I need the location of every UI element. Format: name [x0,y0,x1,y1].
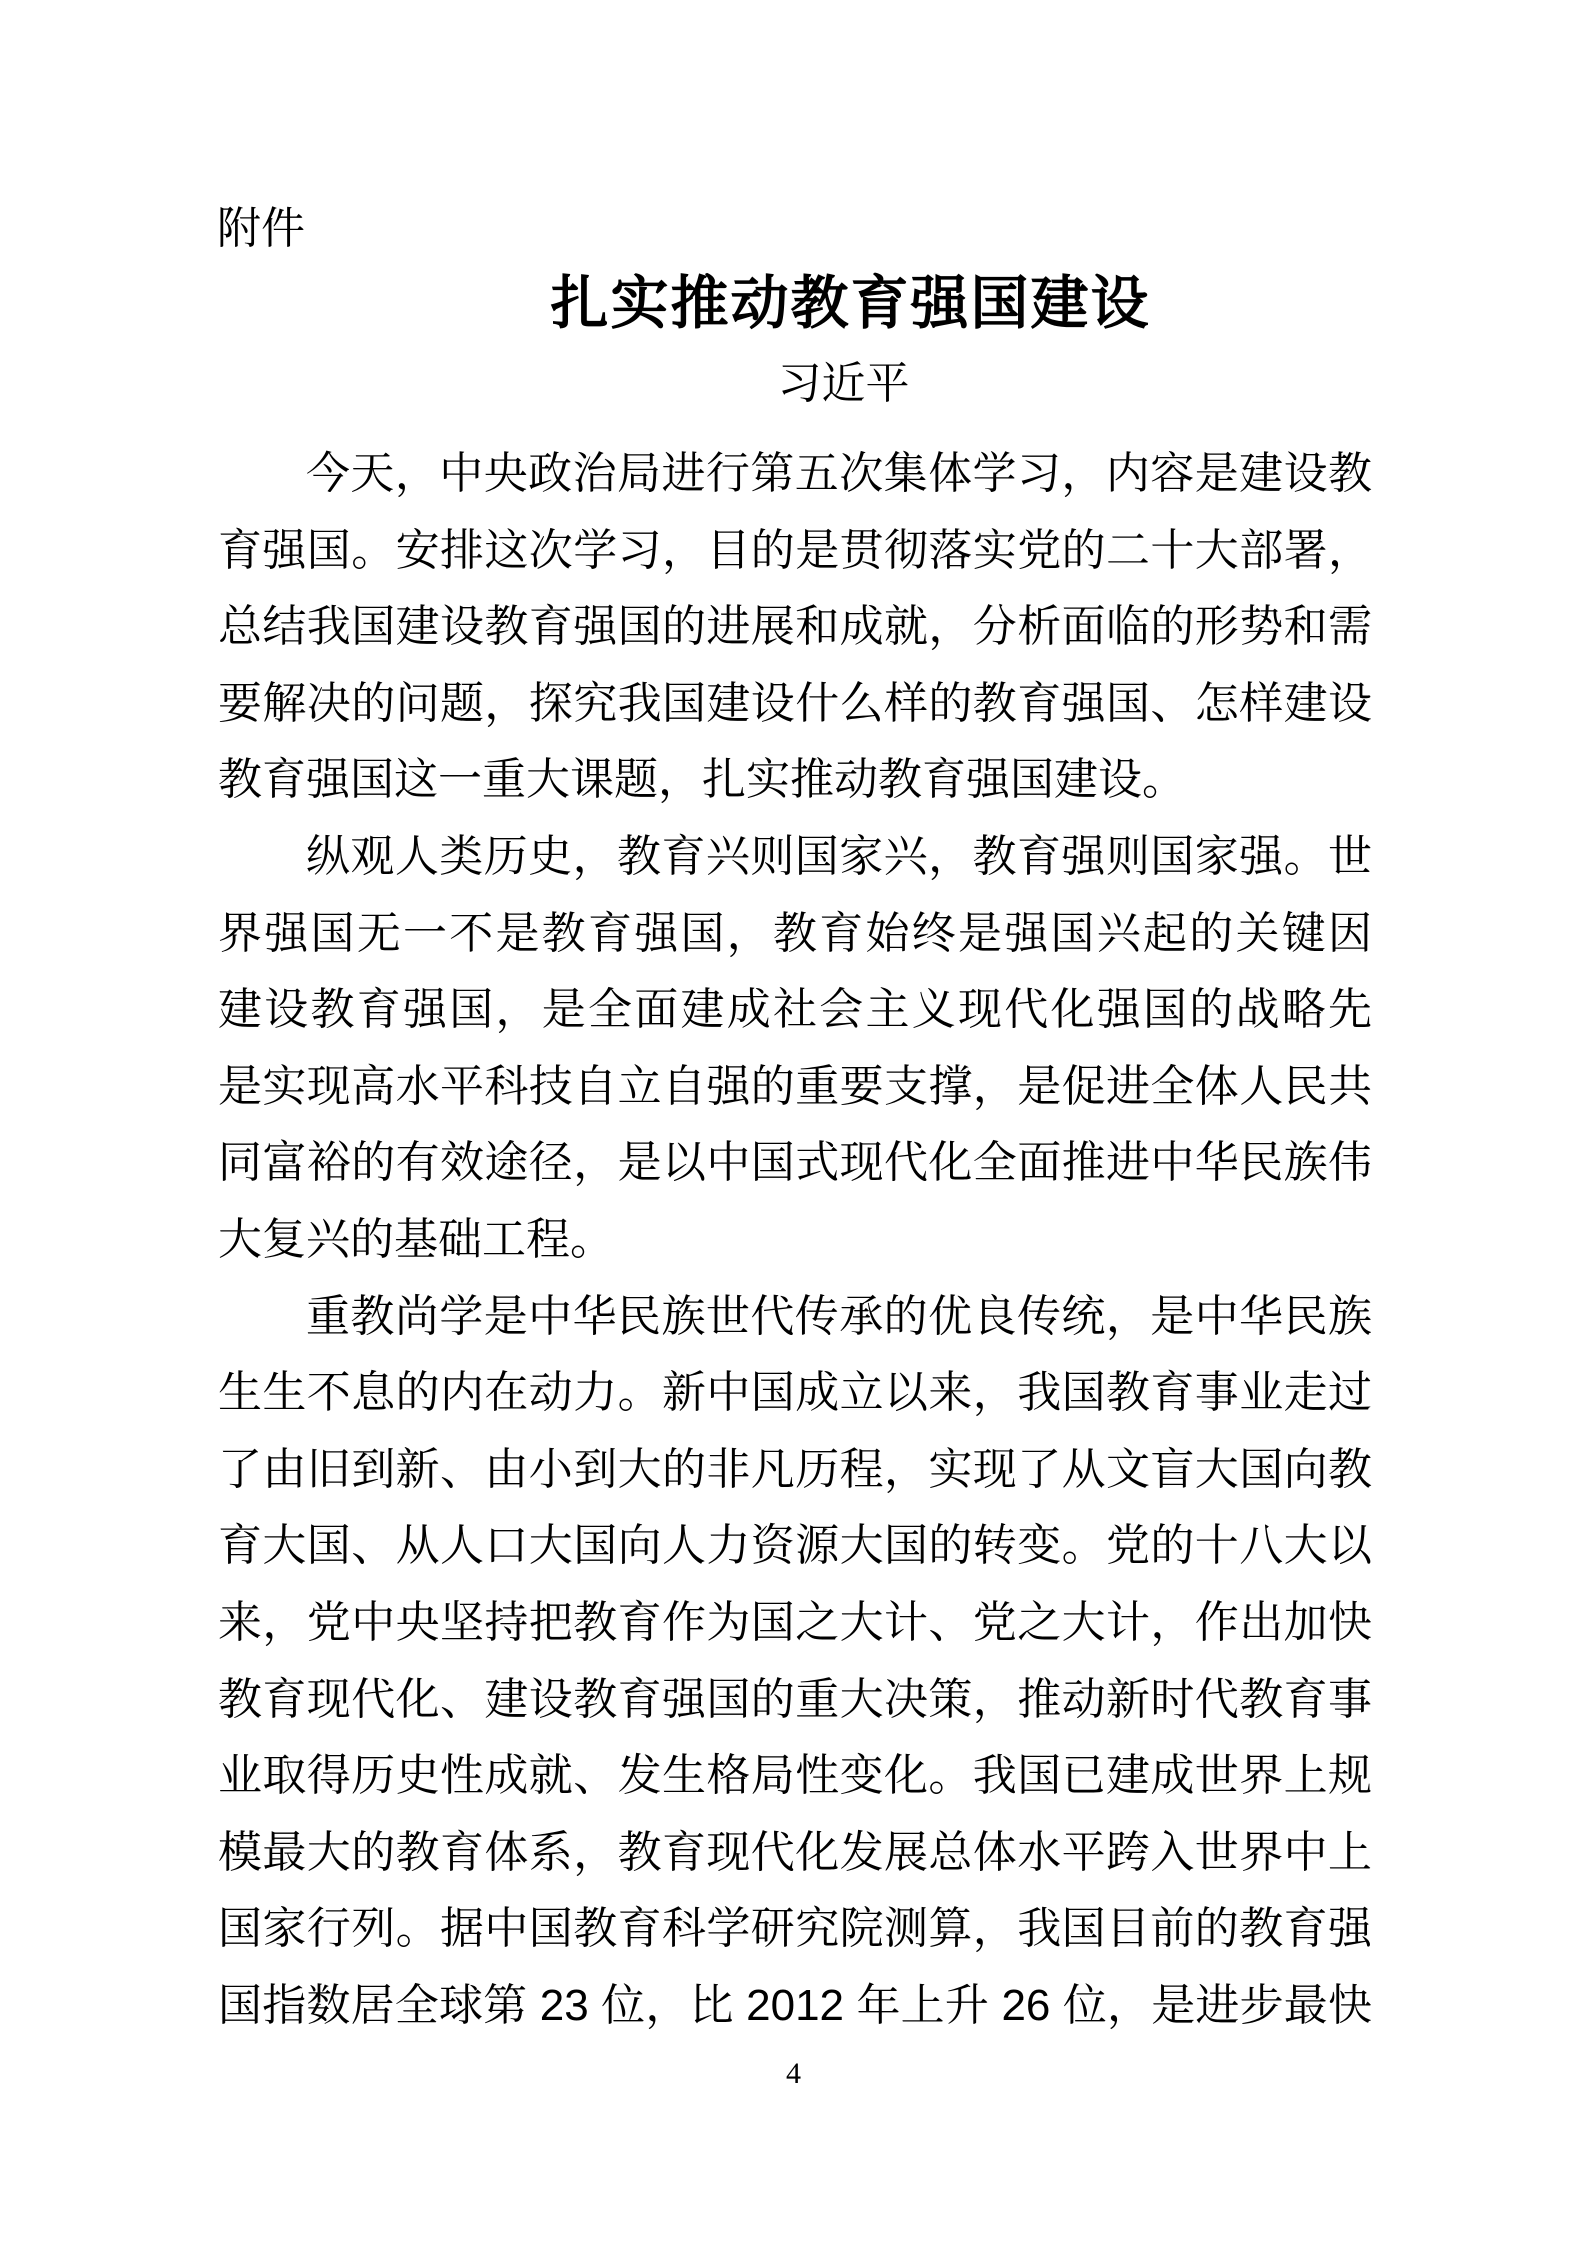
text-line: 总结我国建设教育强国的进展和成就，分析面临的形势和需 [218,589,1372,666]
document-title: 扎实推动教育强国建设 [57,272,1587,336]
text-line: 是实现高水平科技自立自强的重要支撑，是促进全体人民共 [218,1049,1372,1126]
text-line: 要解决的问题，探究我国建设什么样的教育强国、怎样建设 [218,666,1372,743]
text-line: 同富裕的有效途径，是以中国式现代化全面推进中华民族伟 [218,1125,1372,1202]
text-line: 育大国、从人口大国向人力资源大国的转变。党的十八大以 [218,1508,1372,1585]
paragraph: 重教尚学是中华民族世代传承的优良传统，是中华民族生生不息的内在动力。新中国成立以… [218,1279,1372,2045]
text-line: 教育强国这一重大课题，扎实推动教育强国建设。 [218,742,1372,819]
text-line: 大复兴的基础工程。 [218,1202,1372,1279]
text-line: 今天，中央政治局进行第五次集体学习，内容是建设教 [218,436,1372,513]
text-line: 纵观人类历史，教育兴则国家兴，教育强则国家强。世 [218,819,1372,896]
text-line: 生生不息的内在动力。新中国成立以来，我国教育事业走过 [218,1355,1372,1432]
text-line: 业取得历史性成就、发生格局性变化。我国已建成世界上规 [218,1738,1372,1815]
text-line: 重教尚学是中华民族世代传承的优良传统，是中华民族 [218,1279,1372,1356]
text-line: 教育现代化、建设教育强国的重大决策，推动新时代教育事 [218,1662,1372,1739]
text-line: 国家行列。据中国教育科学研究院测算，我国目前的教育强 [218,1891,1372,1968]
text-line: 国指数居全球第 23 位，比 2012 年上升 26 位，是进步最快 [218,1968,1372,2045]
text-line: 育强国。安排这次学习，目的是贯彻落实党的二十大部署， [218,513,1372,590]
document-author: 习近平 [50,358,1587,411]
document-page: 附件 扎实推动教育强国建设 习近平 今天，中央政治局进行第五次集体学习，内容是建… [0,0,1587,2245]
paragraph: 纵观人类历史，教育兴则国家兴，教育强则国家强。世界强国无一不是教育强国，教育始终… [218,819,1372,1279]
document-body: 今天，中央政治局进行第五次集体学习，内容是建设教育强国。安排这次学习，目的是贯彻… [218,436,1372,2044]
text-line: 来，党中央坚持把教育作为国之大计、党之大计，作出加快 [218,1585,1372,1662]
page-number: 4 [0,2056,1587,2092]
text-line: 建设教育强国，是全面建成社会主义现代化强国的战略先导， [218,972,1372,1049]
attachment-label: 附件 [217,203,305,256]
paragraph: 今天，中央政治局进行第五次集体学习，内容是建设教育强国。安排这次学习，目的是贯彻… [218,436,1372,819]
text-line: 了由旧到新、由小到大的非凡历程，实现了从文盲大国向教 [218,1432,1372,1509]
text-line: 界强国无一不是教育强国，教育始终是强国兴起的关键因素。 [218,896,1372,973]
text-line: 模最大的教育体系，教育现代化发展总体水平跨入世界中上 [218,1815,1372,1892]
